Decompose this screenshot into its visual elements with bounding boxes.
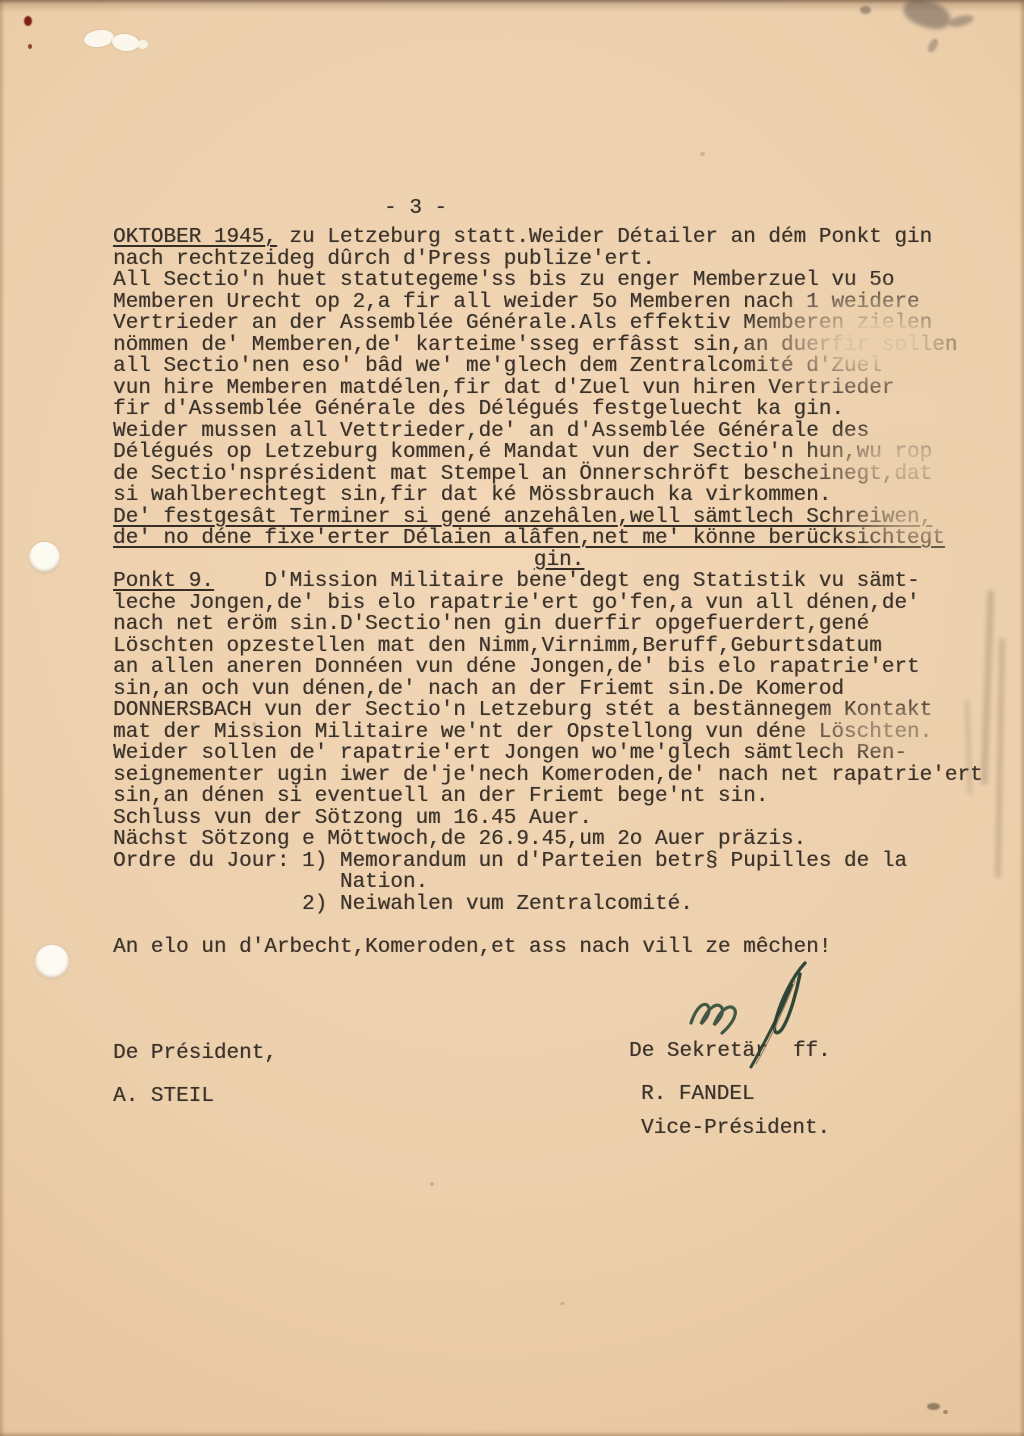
paper-speck bbox=[700, 152, 705, 156]
typed-line: nach net eröm sin.D'Sectio'nen gin duerf… bbox=[113, 614, 1005, 636]
typed-line: de Sectio'nsprésident mat Stempel an Önn… bbox=[113, 464, 1005, 486]
typed-line: 2) Neiwahlen vum Zentralcomité. bbox=[113, 894, 1005, 916]
typed-line: An elo un d'Arbecht,Komeroden,et ass nac… bbox=[113, 937, 1005, 959]
typed-line: sin,an dénen si eventuell an der Friemt … bbox=[113, 786, 1005, 808]
typed-line: Schluss vun der Sötzong um 16.45 Auer. bbox=[113, 808, 1005, 830]
typed-line: nach rechtzeideg dûrch d'Press publize'e… bbox=[113, 249, 1005, 271]
whiteout-mark bbox=[111, 33, 140, 53]
typed-line: Ponkt 9. D'Mission Militaire bene'degt e… bbox=[113, 571, 1005, 593]
typed-line: Ordre du Jour: 1) Memorandum un d'Partei… bbox=[113, 851, 1005, 873]
typed-line: Weider mussen all Vettrieder,de' an d'As… bbox=[113, 421, 1005, 443]
typed-line: All Sectio'n huet statutegeme'ss bis zu … bbox=[113, 270, 1005, 292]
typed-line: Memberen Urecht op 2,a fir all weider 5o… bbox=[113, 292, 1005, 314]
typed-line: gin. bbox=[113, 550, 1005, 572]
typed-line: de' no déne fixe'erter Délaien alâfen,ne… bbox=[113, 528, 1005, 550]
typed-line: mat der Mission Militaire we'nt der Opst… bbox=[113, 722, 1005, 744]
typed-line: Délégués op Letzeburg kommen,é Mandat vu… bbox=[113, 442, 1005, 464]
secretary-name: R. FANDEL bbox=[641, 1084, 754, 1106]
typed-line: si wahlberechtegt sin,fir dat ké Mössbra… bbox=[113, 485, 1005, 507]
typed-line: Weider sollen de' rapatrie'ert Jongen wo… bbox=[113, 743, 1005, 765]
typed-line: Vertrieder an der Assemblée Générale.Als… bbox=[113, 313, 1005, 335]
punch-hole bbox=[35, 945, 69, 979]
typed-line: vun hire Memberen matdélen,fir dat d'Zue… bbox=[113, 378, 1005, 400]
red-ink-speck bbox=[28, 44, 32, 49]
secretary-title: Vice-Président. bbox=[641, 1118, 830, 1140]
typed-line: all Sectio'nen eso' bâd we' me'glech dem… bbox=[113, 356, 1005, 378]
paper-speck bbox=[943, 1410, 948, 1414]
whiteout-mark bbox=[137, 40, 148, 49]
whiteout-mark bbox=[83, 28, 115, 49]
pencil-smudge bbox=[947, 13, 975, 29]
typed-line: Nächst Sötzong e Möttwoch,de 26.9.45,um … bbox=[113, 829, 1005, 851]
punch-hole bbox=[29, 542, 60, 573]
paper-speck bbox=[560, 1302, 565, 1305]
typed-line: nömmen de' Memberen,de' karteime'sseg er… bbox=[113, 335, 1005, 357]
typed-line: Nation. bbox=[113, 872, 1005, 894]
scan-edge-shadow bbox=[0, 1431, 1024, 1436]
scanned-paper-background: - 3 - OKTOBER 1945, zu Letzeburg statt.W… bbox=[0, 0, 1024, 1436]
typed-line: sin,an och vun dénen,de' nach an der Fri… bbox=[113, 679, 1005, 701]
typed-lines: OKTOBER 1945, zu Letzeburg statt.Weider … bbox=[113, 227, 1005, 958]
scan-edge-shadow bbox=[0, 0, 1024, 12]
typed-line: fir d'Assemblée Générale des Délégués fe… bbox=[113, 399, 1005, 421]
typed-line: OKTOBER 1945, zu Letzeburg statt.Weider … bbox=[113, 227, 1005, 249]
typed-line: Löschten opzestellen mat den Nimm,Virnim… bbox=[113, 636, 1005, 658]
scan-edge-shadow bbox=[1019, 0, 1024, 1436]
scan-edge-shadow bbox=[0, 0, 5, 1436]
typed-line: seignementer ugin iwer de'je'nech Komero… bbox=[113, 765, 1005, 787]
paper-speck bbox=[927, 1403, 940, 1410]
page-number: - 3 - bbox=[384, 198, 447, 220]
typed-line: De' festgesât Terminer si gené anzehâlen… bbox=[113, 507, 1005, 529]
red-ink-spot bbox=[24, 16, 32, 26]
paper-speck bbox=[430, 1182, 434, 1186]
typed-line: DONNERSBACH vun der Sectio'n Letzeburg s… bbox=[113, 700, 1005, 722]
president-label: De Président, bbox=[113, 1043, 277, 1065]
typed-line: an allen aneren Donnéen vun déne Jongen,… bbox=[113, 657, 1005, 679]
president-name: A. STEIL bbox=[113, 1086, 214, 1108]
typed-line: leche Jongen,de' bis elo rapatrie'ert go… bbox=[113, 593, 1005, 615]
pencil-smudge bbox=[926, 37, 940, 54]
handwritten-initials-signature bbox=[653, 957, 833, 1075]
